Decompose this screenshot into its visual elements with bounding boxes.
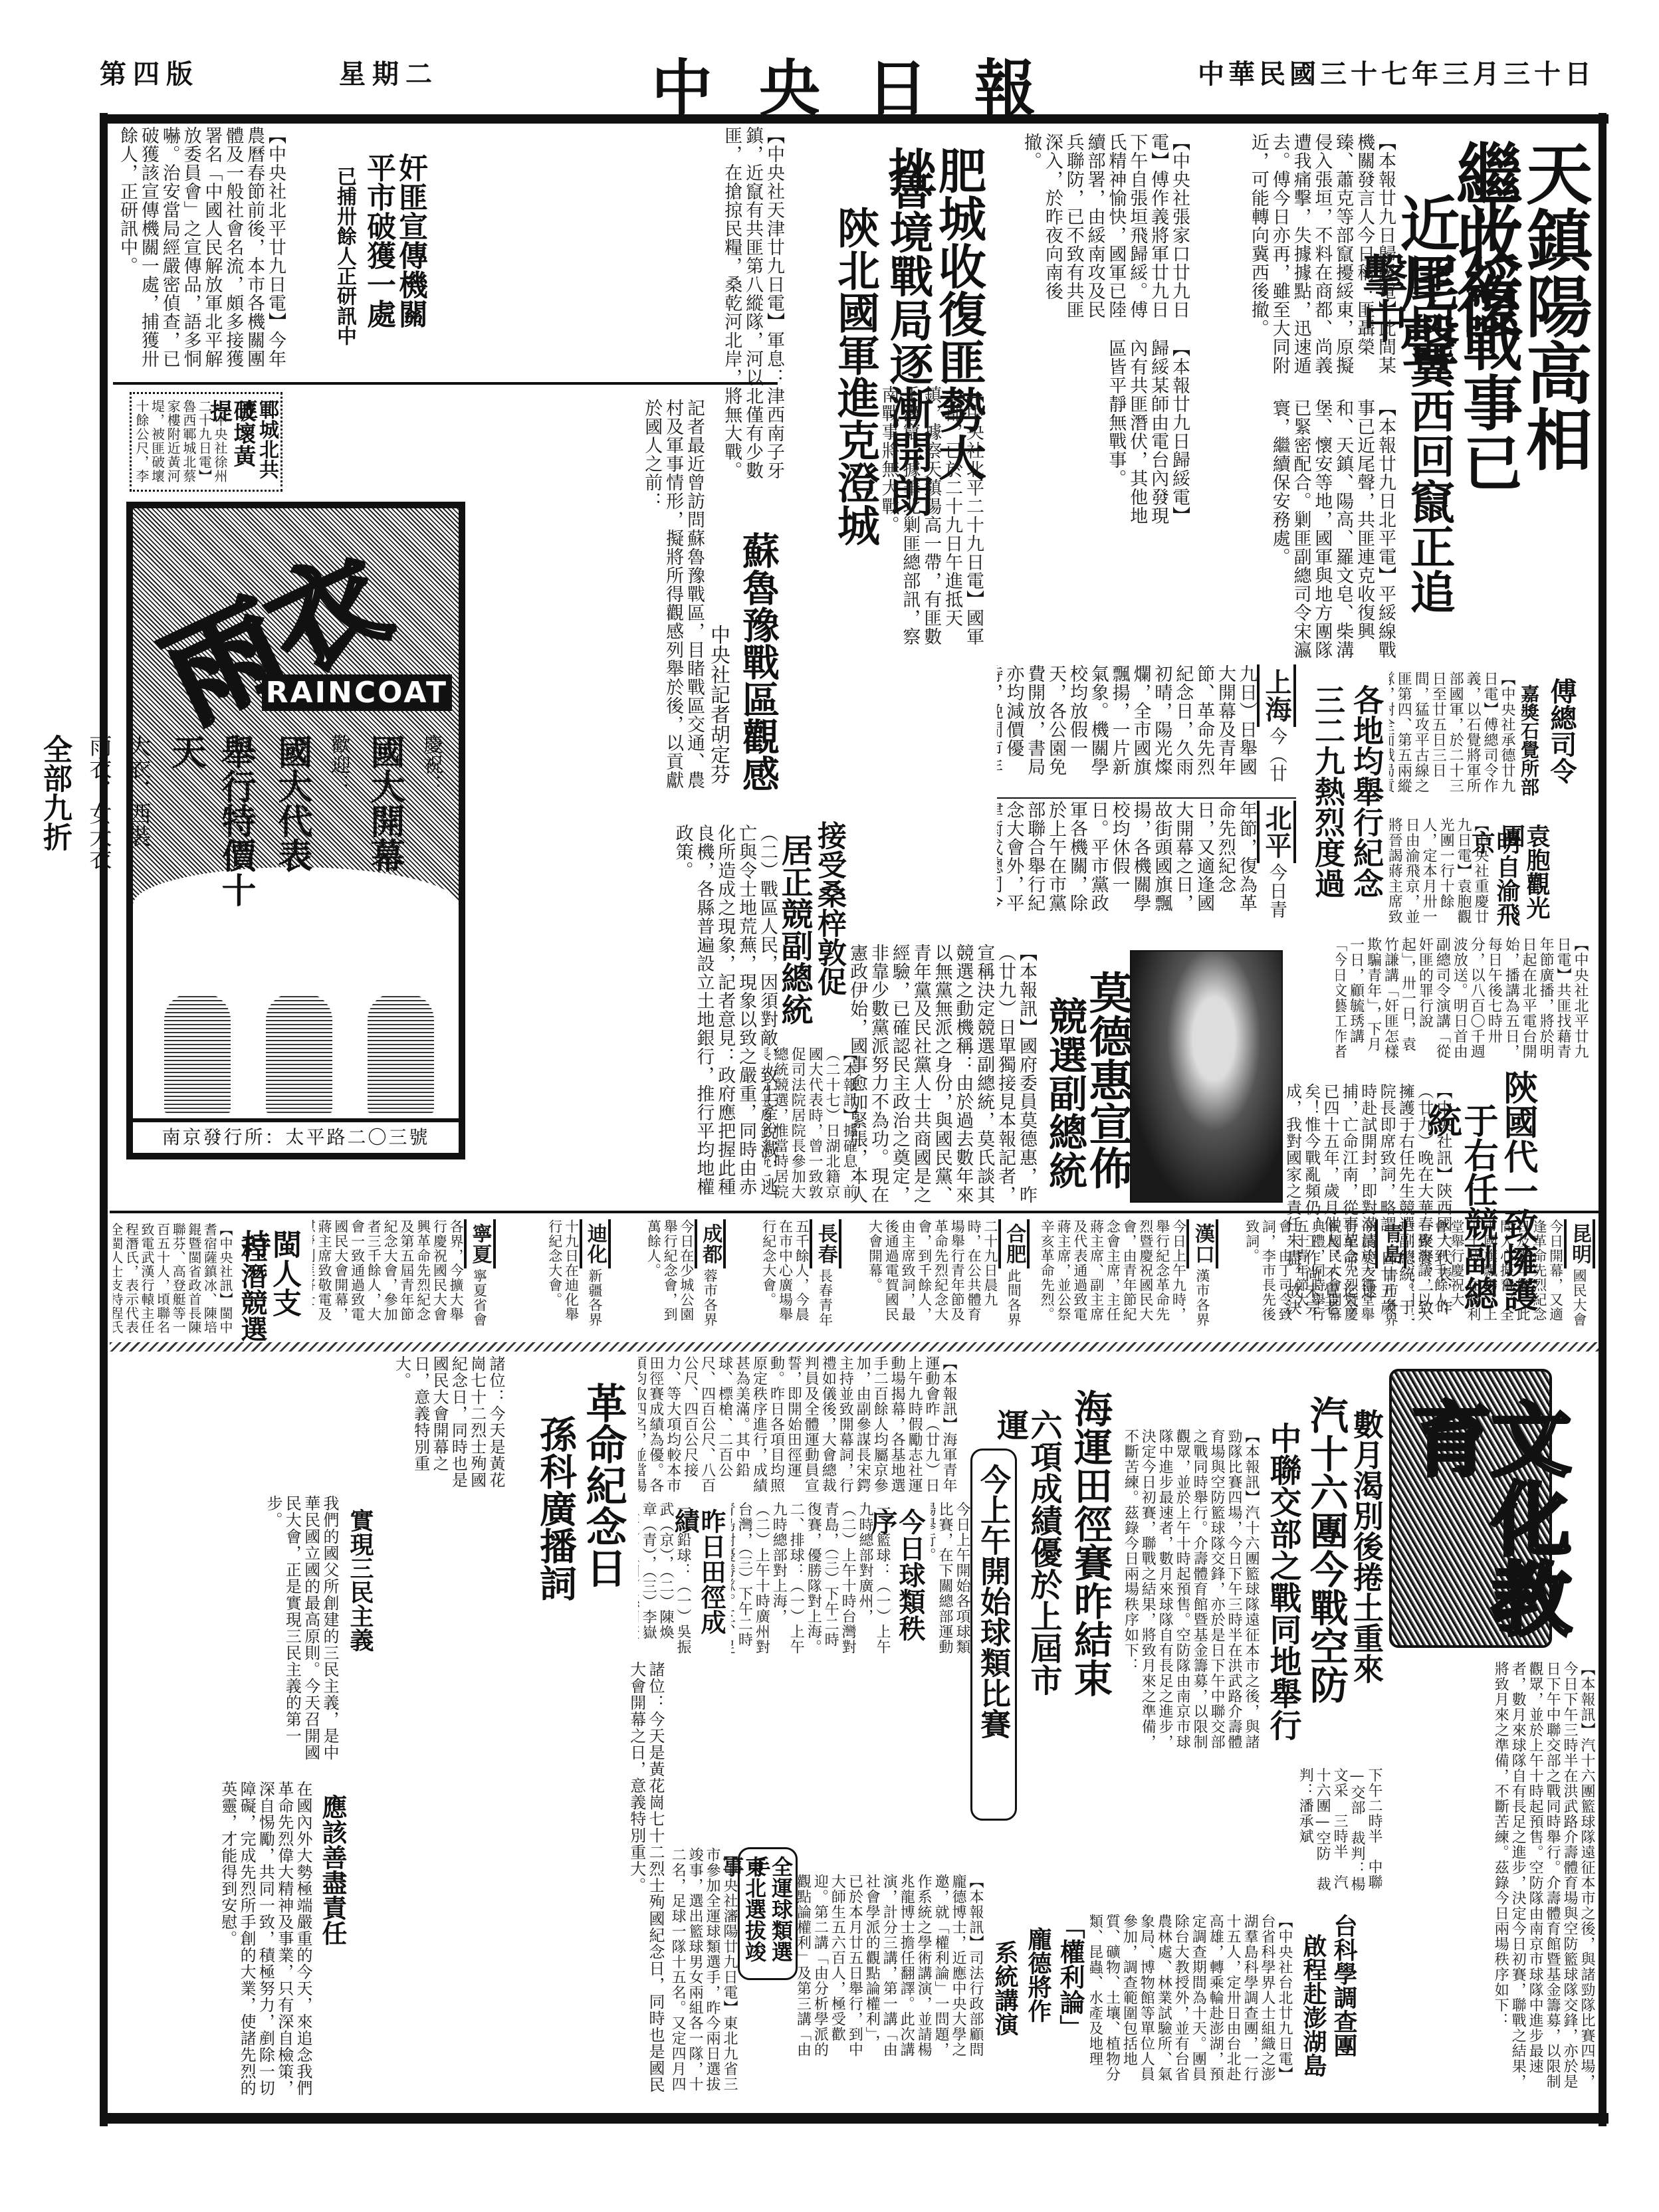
- ad-label-2: 歡迎：: [324, 734, 353, 934]
- wavy-divider: [110, 1342, 1599, 1352]
- ju-body: 【本報訊】據確息：前（二十七）日湖北籍京國大代表時，曾一致敦促司法院居院長參加大…: [764, 1047, 857, 1206]
- man-figure-icon: [164, 993, 231, 1113]
- city-label-beiping: 北平: [1257, 801, 1296, 863]
- masthead: 第四版 星期二 中央日報 中華民國三十七年三月三十日: [100, 40, 1595, 113]
- min-headline-2: 程潛競選: [238, 1236, 266, 1349]
- sport1-body: 【本報訊】汽十六團籃球隊遠征本市之後，與諸勁隊比賽四場，今日下午三時半在洪武路介…: [1123, 1429, 1260, 1761]
- weekday-label: 星期二: [339, 53, 439, 91]
- ad-line-4: 大衣．西裝: [122, 734, 154, 934]
- penghu-headline-1: 台科學調查團: [1331, 1914, 1356, 2093]
- lead-body-1: 【本報廿九日歸綏電】此間某機關發言人今日稱：匪聶榮臻、蕭克等部竄擾綏東，原擬侵入…: [1196, 133, 1396, 385]
- responsibility-headline: 應該善盡責任: [319, 1794, 346, 1993]
- ad-line-6: 全部九折: [33, 734, 76, 934]
- schedule-time: 三時半: [1331, 1813, 1348, 1859]
- mo-dehui-story: 莫德惠宣佈 競選副總統: [1037, 957, 1130, 1209]
- city-label: 迪化: [580, 1219, 611, 1268]
- city-report-dihua: 迪化新疆各界十九日在迪化舉行紀念大會。: [501, 1219, 611, 1336]
- ad-line-3: 舉行特價十天: [161, 734, 261, 934]
- city-report-kunming: 昆明國民大會今日開幕，又適逢革命先烈紀念日及青年節，此間人心振奮，全市國旗飄揚，…: [1412, 1219, 1595, 1336]
- ju-headline-1: 接受桑梓敦促: [814, 821, 844, 1033]
- three-principles-story: 實現三民主義 我們的國父所創建的三民主義，是中華民國立國的最高原則。今天召開國民…: [113, 1495, 505, 1774]
- city-label: 成都: [695, 1219, 726, 1268]
- ad-line-2: 國大代表: [267, 734, 317, 934]
- sunke-headline-1: 革命紀念日: [582, 1382, 625, 1648]
- commentary: 蘇魯豫戰區觀感 中央社記者胡定芬 記者最近曾訪問蘇魯豫戰區，目睹戰區交通、農村及…: [479, 399, 778, 1209]
- culture-banner-text: 文化教育: [1405, 1398, 1565, 1645]
- lead-body-3: 【中央社張家口廿九日電】傅作義將軍廿九日下午自張垣飛歸綏。傅氏精神愉快，國軍已陸…: [984, 133, 1190, 332]
- city-report-qingdao: 青島青市各界今晨於大禮堂舉行紀念先烈暨慶祝國民大會開幕典禮，同時舉行五十青年節大…: [1224, 1219, 1407, 1336]
- march29-headline-1: 各地均舉行紀念: [1351, 684, 1382, 937]
- penghu-headline-2: 啟程赴澎湖島: [1300, 1934, 1325, 2093]
- ju-zheng-story: 接受桑梓敦促 居正競副總統: [764, 814, 857, 1040]
- city-text: 寧夏省會各界，今擴大舉行慶祝國民大會興革命先烈紀念及第五屆青年節紀念大會，參加者…: [312, 1219, 488, 1327]
- city-label: 長春: [810, 1219, 841, 1268]
- portrait-photo: [1130, 950, 1283, 1203]
- lecture-headline-2: 龐德將作: [1025, 1927, 1050, 2093]
- edition-label: 第四版: [100, 53, 199, 91]
- dike-story-box: 鄆城北共匪 破壞黃提 【中央社徐州二十九日電】魯西鄆城北蔡家樓附近黃河堤，被匪破…: [130, 392, 282, 492]
- page-border-right: [1599, 113, 1606, 2126]
- march29-headline-2: 三二九熱烈度過: [1312, 684, 1344, 937]
- city-text-beiping: 今日青年節，復為革命先烈紀念日，又適逢國大開幕之日，故街頭國旗飄揚，各機關學校均…: [997, 801, 1287, 919]
- national-team-headline-box: 全運球類選手 東北選拔竣事: [738, 1847, 798, 1980]
- issue-date: 中華民國三十七年三月三十日: [1198, 53, 1595, 91]
- team-body: 【中央社瀋陽廿九日電】東北九省三市參加全運球類選手，昨今兩日選拔竣事，選出籃球男…: [671, 1847, 738, 2100]
- min-people-story: 閩人支持 程潛競選 【中央社訊】閩中耆宿薩鎮冰、陳培錕暨閩省政首長陳聯芬、高登艇…: [113, 1219, 312, 1339]
- sunke-headline-2: 孫科廣播詞: [536, 1415, 575, 1655]
- sport2-headline-1: 海運田徑賽昨結束: [1069, 1389, 1110, 1701]
- raincoat-advertisement: 雨衣 RAINCOAT 慶祝： 國大開幕 歡迎： 國大代表 舉行特價十天 大衣．…: [126, 502, 465, 1159]
- city-label: 漢口: [1186, 1219, 1218, 1268]
- principles-body: 我們的國父所創建的三民主義，是中華民國立國的最高原則。今天召開國民大會，正是實現…: [113, 1495, 339, 1774]
- lecture-headline-1: 「權利論」: [1057, 1914, 1083, 2093]
- sport3-schedule: 今日上午開始各項球類比賽，在下關總部運動場舉行。 今日球類秩序 一、籃球：（一）…: [638, 1502, 970, 1655]
- section-divider: [110, 1211, 1599, 1213]
- penghu-body: 【中央社台北廿九日電】台省科學界人士組織之澎湖羣島科學調查團，一行十五人，定卅日…: [1090, 1914, 1293, 2093]
- jianfei-subhead: 已捕卅餘人正研訊中: [330, 166, 359, 365]
- dike-body: 【中央社徐州二十九日電】魯西鄆城北蔡家樓附近黃河堤，被匪破壞十餘公尺，李河水尚淺…: [134, 399, 227, 486]
- min-body: 【中央社訊】閩中耆宿薩鎮冰、陳培錕暨閩省政首長陳聯芬、高登艇等一百五十人，頃聯名…: [113, 1223, 233, 1339]
- city-text: 漢市各界今日上午九時，舉行紀念革命先烈暨慶祝國民大會，由青年節紀念會主席，主任蔣…: [1039, 1219, 1210, 1327]
- rights-lecture-story: 「權利論」 龐德將作 系統講演: [984, 1914, 1083, 2100]
- tour-body: 【中央社重慶廿九日電】袁胞觀光團一行十餘人，定本月卅一日由渝飛京，並將晉謁蔣主席…: [1389, 817, 1489, 937]
- march29-story: 各地均舉行紀念 三二九熱烈度過: [1303, 664, 1382, 930]
- commentary-body-1: 記者最近曾訪問蘇魯豫戰區，目睹戰區交通、農村及軍事情形，擬將所得觀感列舉於後，以…: [479, 399, 705, 797]
- city-label: 合肥: [998, 1219, 1030, 1268]
- sport1-headline-3: 中聯交部之戰同地舉行: [1266, 1422, 1299, 1767]
- ad-illustrations: [146, 980, 452, 1113]
- penghu-story: 台科學調查團 啟程赴澎湖島 【中央社台北廿九日電】台省科學界人士組織之澎湖羣島科…: [1090, 1914, 1356, 2100]
- sport2-body: 【本報訊】海軍青年運動會昨（廿九）日上午九時假勵志社運動場揭幕，各基地選手二百餘…: [638, 1356, 957, 1495]
- city-label: 昆明: [1564, 1219, 1595, 1268]
- responsibility-story: 應該善盡責任 在國內外大勢極端嚴重的今天，來追念我們革命先烈偉大精神及事業，只有…: [113, 1781, 505, 2100]
- sport-story-1: 數月渴別後捲土重來 汽十六團今戰空防 中聯交部之戰同地舉行 【本報訊】汽十六團籃…: [1123, 1369, 1389, 1900]
- responsibility-body: 在國內外大勢極端嚴重的今天，來追念我們革命先烈偉大精神及事業，只有深自檢策，深自…: [113, 1781, 312, 2100]
- sport3-headline-box: 今上午開始球類比賽: [970, 1449, 1017, 1821]
- city-label-shanghai: 上海: [1257, 664, 1296, 727]
- lead-story: 天鎮陽高相繼收復 平綏戰事已近尾聲 匪向冀西回竄正追擊中 【本報廿九日歸綏電】此…: [1190, 133, 1595, 664]
- mo-headline-1: 莫德惠宣佈: [1084, 970, 1130, 1209]
- schedule-item: 二、排球：（一）上午九時總部對上海，（二）上午十時廣州對台灣，（三）下午二時青島…: [731, 1502, 804, 1655]
- commentary-headline: 蘇魯豫戰區觀感: [738, 532, 778, 824]
- lecture-body: 【本報訊】司法行政部顧問龐德博士，近應中央大學之邀，就「權利論」一問題，作系統之…: [798, 1874, 984, 2060]
- second-body-1: 【中央社北平二十九日電】國軍一部，已於二十九日午進抵天鎮，據察天鎮陽高一帶，有匪…: [784, 385, 984, 651]
- city-text-shanghai: 今（廿九日）日舉國大開幕及青年節、革命先烈紀念日，久雨初晴，陽光燦爛，全市國旗飄…: [997, 664, 1287, 783]
- city-report-chengdu: 成都蓉市各界今日在少城公園舉行紀念會，到萬餘人。: [616, 1219, 726, 1336]
- commentary-byline: 中央社記者胡定芬: [703, 625, 732, 824]
- sport3-intro: 今日上午開始各項球類比賽，在下關總部運動場舉行。: [931, 1502, 970, 1655]
- fu-subhead: 嘉獎石覺所部: [1515, 684, 1542, 804]
- lead-body-2: 【本報廿九日北平電】平綏線戰事已近尾聲，共匪連克收復興和、天鎮、陽高、羅文皂、柴…: [1196, 399, 1396, 664]
- man-coat-figure-icon: [368, 993, 434, 1113]
- sunke-body-continued: 諸位：今天是黃花崗七十二烈士殉國紀念日，同時也是國民大會開幕之日，意義特別重大。: [505, 1661, 665, 2100]
- commentary-body-2: （二）戰區人民，因須對敵，致生產銳減，逃亡與令士地荒蕪，現象以致之嚴重，同時由赤…: [479, 824, 778, 1196]
- sport1-body-continued: 【本報訊】汽十六團籃球隊遠征本市之後，與諸勁隊比賽四場，今日下午三時半在洪武路介…: [1356, 1661, 1595, 2100]
- page-border-bottom: [100, 2113, 1608, 2124]
- ad-logo: 雨衣: [136, 508, 409, 752]
- city-label: 青島: [1375, 1219, 1406, 1268]
- fu-body: 【中央社承德廿九日電】傅總司令作義，以石覺將軍所部國軍，於二十三日至廿五日三日間…: [1389, 671, 1515, 804]
- sport3-schedule-list: 一、籃球：（一）上午九時總部對廣州，（二）上午十時台灣對青島，（三）下午二時復賽…: [731, 1502, 891, 1655]
- jianfei-story: 奸匪宣傳機關 平市破獲一處 已捕卅餘人正研訊中: [286, 126, 425, 372]
- mo-body: 【本報訊】國府委員莫德惠，昨（廿九）日單獨接見本報記者，宣稱決定競選副總統，莫氏…: [851, 944, 1037, 1209]
- city-reports-row: 昆明國民大會今日開幕，又適逢革命先烈紀念日及青年節，此間人心振奮，全市國旗飄揚，…: [312, 1219, 1595, 1339]
- sunke-body: 諸位：今天是黃花崗七十二烈士殉國紀念日，同時也是國民大會開幕之日，意義特別重大。: [113, 1356, 505, 1488]
- city-report-hefei: 合肥此間各界二十九日晨九時，在公共體育場舉行青年節及革命先烈紀念大會，到千餘人，…: [847, 1219, 1030, 1336]
- city-report-changchun: 長春長春青年五千餘人，今晨在市中心廣場舉行紀念大會。: [731, 1219, 841, 1336]
- jianfei-headline-1: 奸匪宣傳機關: [395, 153, 425, 352]
- ad-label-1: 慶祝：: [416, 734, 445, 934]
- masthead-rule: [100, 114, 1608, 124]
- sport1-headline-2: 汽十六團今戰空防: [1305, 1395, 1346, 1741]
- lead-body-4: 【本報廿九日歸綏電】歸綏某師由電台內發現內有共匪潛伏，其他地區皆平靜無戰事。: [984, 339, 1190, 525]
- radio-broadcast-body: 【中央社北平廿九日電】共匪找藉青年節廣播，將於明日起在北平電台開始，播講為五日，…: [1336, 937, 1589, 1063]
- jianfei-body: 【中央社北平廿九日電】今年農曆春節前後，本市各機關團體及一般社會名流，頗多接獲署…: [113, 126, 286, 372]
- culture-education-banner: 文化教育: [1389, 1369, 1552, 1648]
- city-label: 寧夏: [464, 1219, 495, 1268]
- ad-line-5: 雨衣．女大衣: [82, 734, 115, 934]
- fu-commander-story: 傅總司令 嘉獎石覺所部 【中央社承德廿九日電】傅總司令作義，以石覺將軍所部國軍，…: [1389, 664, 1589, 804]
- city-text: 國民大會今日開幕，又適逢革命先烈紀念日及青年節，此間人心振奮，全市國旗飄揚，上午…: [1412, 1219, 1587, 1327]
- lecture-headline-3: 系統講演: [992, 1940, 1017, 2093]
- results-body: 一、鉛球：（一）吳振武（京），（二）陳煥章（青），（三）李嶽（青），（四）孫同慶…: [638, 1502, 691, 1655]
- ad-copy: 慶祝： 國大開幕 歡迎： 國大代表 舉行特價十天 大衣．西裝 雨衣．女大衣 全部…: [33, 734, 445, 934]
- mo-headline-2: 競選副總統: [1044, 997, 1085, 1236]
- schedule-item: 一、籃球：（一）上午九時總部對廣州，（二）上午十時台灣對青島，（三）下午二時復賽…: [805, 1502, 891, 1655]
- ad-line-1: 國大開幕: [360, 734, 409, 934]
- march29-city-shanghai: 上海今（廿九日）日舉國大開幕及青年節、革命先烈紀念日，久雨初晴，陽光燦爛，全市國…: [997, 664, 1296, 794]
- jianfei-headline-2: 平市破獲一處: [363, 153, 393, 352]
- divider: [113, 382, 778, 385]
- ad-brand-en: RAINCOAT: [262, 674, 452, 711]
- sport3-headline: 今上午開始球類比賽: [978, 1464, 1010, 1816]
- tour-group-story: 袁胞觀光團 明自渝飛京 【中央社重慶廿九日電】袁胞觀光團一行十餘人，定本月卅一日…: [1389, 811, 1589, 937]
- sport1-schedule: 下午二時半 中聯—交部 裁判：楊文采 三時半 汽十六團—空防 裁判：潘承斌: [1130, 1767, 1382, 1900]
- principles-headline: 實現三民主義: [347, 1508, 372, 1708]
- march29-city-beiping: 北平今日青年節，復為革命先烈紀念日，又適逢國大開幕之日，故街頭國旗飄揚，各機關學…: [997, 801, 1296, 930]
- sun-ke-story: 革命紀念日 孫科廣播詞: [505, 1356, 638, 1655]
- divider: [997, 797, 1296, 799]
- woman-figure-icon: [266, 993, 332, 1113]
- page-border-left: [100, 113, 108, 2126]
- city-report-hankou: 漢口漢市各界今日上午九時，舉行紀念革命先烈暨慶祝國民大會，由青年節紀念會主席，主…: [1035, 1219, 1218, 1336]
- ad-footer: 南京發行所：太平路二〇三號: [133, 1118, 459, 1153]
- fu-headline: 傅總司令: [1547, 678, 1575, 804]
- city-report-ningxia: 寧夏寧夏省會各界，今擴大舉行慶祝國民大會興革命先烈紀念及第五屆青年節紀念大會，參…: [312, 1219, 496, 1336]
- ju-headline-2: 居正競副總統: [778, 834, 811, 1047]
